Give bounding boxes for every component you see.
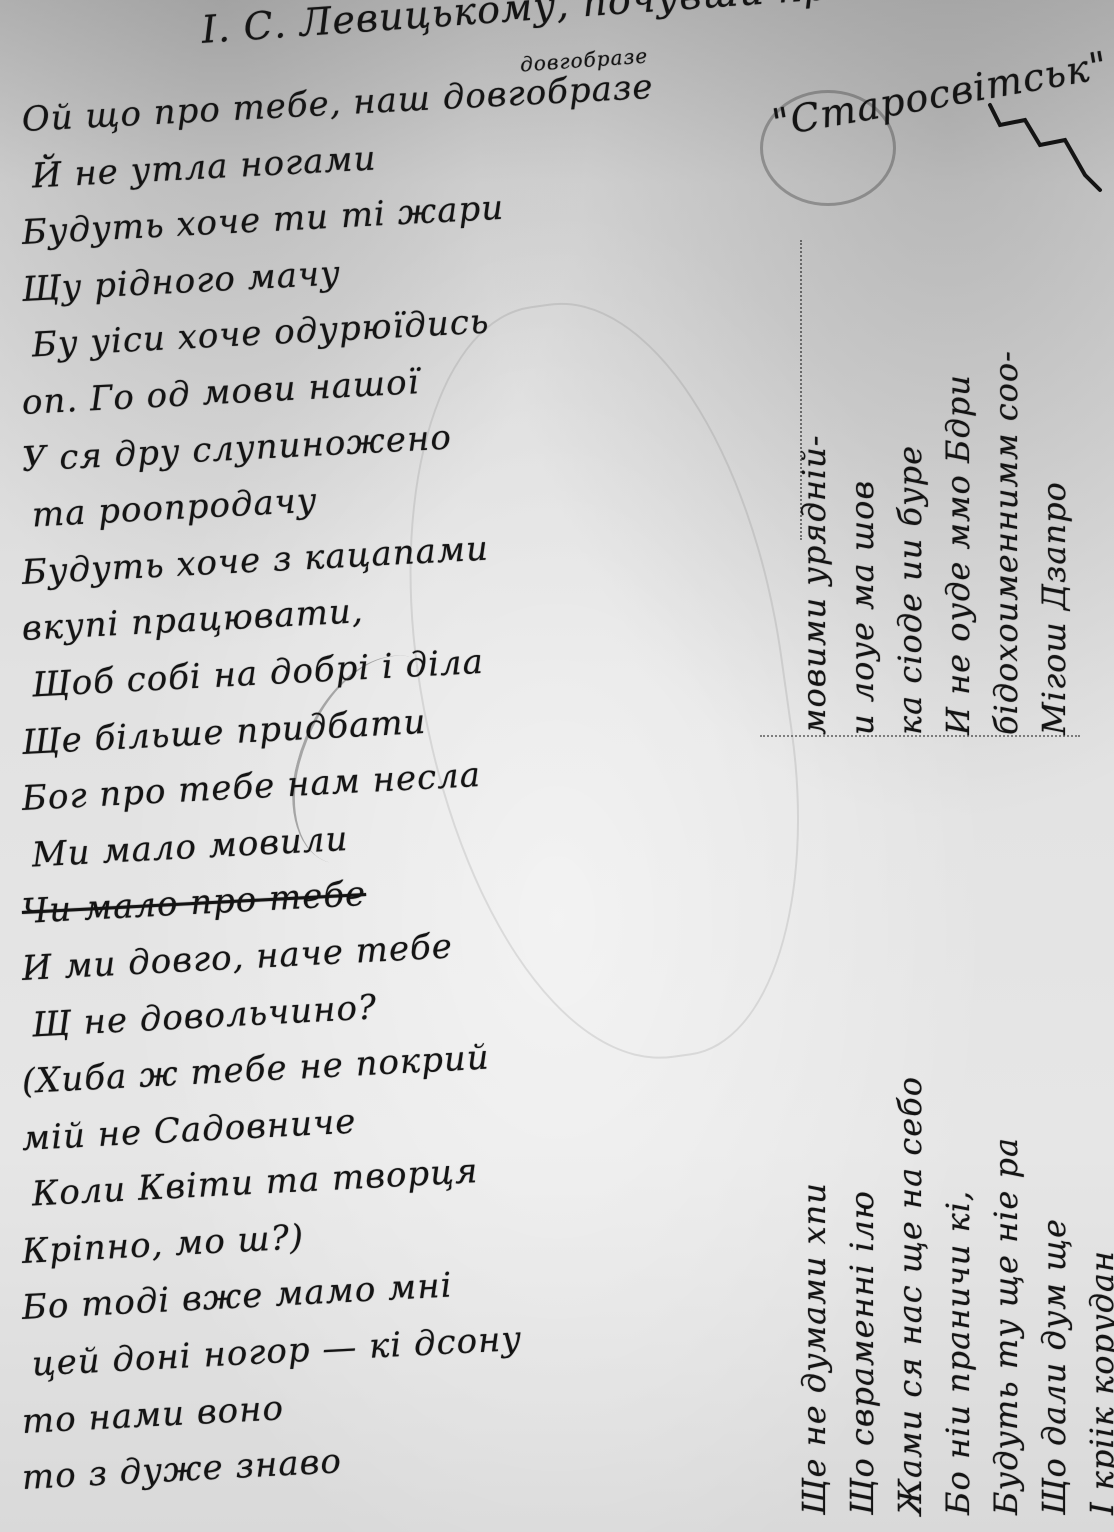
verse-line-text: Щ не довольчино? <box>31 987 378 1045</box>
verse-line-text: Ми мало мовили <box>31 819 349 876</box>
verse-line-text: мій не Садовниче <box>21 1101 357 1158</box>
verse-line-text: Й не утла ногами <box>31 138 378 196</box>
vertical-line: І кріік корудан <box>1078 745 1114 1515</box>
vertical-line: ка сіоде ии буре <box>886 195 934 735</box>
vertical-line: и лоуе ма шов <box>838 195 886 735</box>
vertical-line: Мігош Дзапро <box>1030 195 1078 735</box>
vertical-line: бідохоименнимм соо- <box>982 195 1030 735</box>
dotted-rule-2 <box>760 735 1080 737</box>
verse-line-text: вкупі працювати, <box>21 591 365 649</box>
manuscript-page: І. С. Левицькому, почувши про 99 довгобр… <box>0 0 1114 1532</box>
vertical-line: мовими урядній- <box>790 195 838 735</box>
verse-line-text: Чи мало про тебе <box>21 874 367 932</box>
verse-line-text: Кріпно, мо ш?) <box>21 1217 305 1272</box>
vertical-line: Жами ся нас ще на себо <box>886 745 934 1515</box>
verse-line-text: то з дуже знаво <box>21 1442 343 1499</box>
verse-line-text: та роопродачу <box>31 481 319 536</box>
vertical-text-lower: Ще не думами хпиЩо свраменні ілюЖами ся … <box>790 745 1114 1515</box>
vertical-line: Будуть ту ще ніе ра <box>982 745 1030 1515</box>
vertical-line: Що свраменні ілю <box>838 745 886 1515</box>
vertical-line: Бо ніи праничи кі, <box>934 745 982 1515</box>
verse-column: Ой що про тебе, наш довгобразеЙ не утла … <box>22 92 782 1507</box>
verse-line-text: то нами воно <box>21 1388 285 1442</box>
page-number: 99 <box>897 0 950 3</box>
manuscript-header: І. С. Левицькому, почувши про 99 <box>200 0 951 52</box>
header-title: І. С. Левицькому, почувши про <box>200 0 854 52</box>
vertical-text-upper: мовими урядній-и лоуе ма шовка сіоде ии … <box>790 195 1078 735</box>
vertical-line: Що дали дум ще <box>1030 745 1078 1515</box>
vertical-line: Ще не думами хпи <box>790 745 838 1515</box>
verse-line-text: Щу рідного мачу <box>21 253 342 310</box>
vertical-line: И не оуде ммо Бдри <box>934 195 982 735</box>
